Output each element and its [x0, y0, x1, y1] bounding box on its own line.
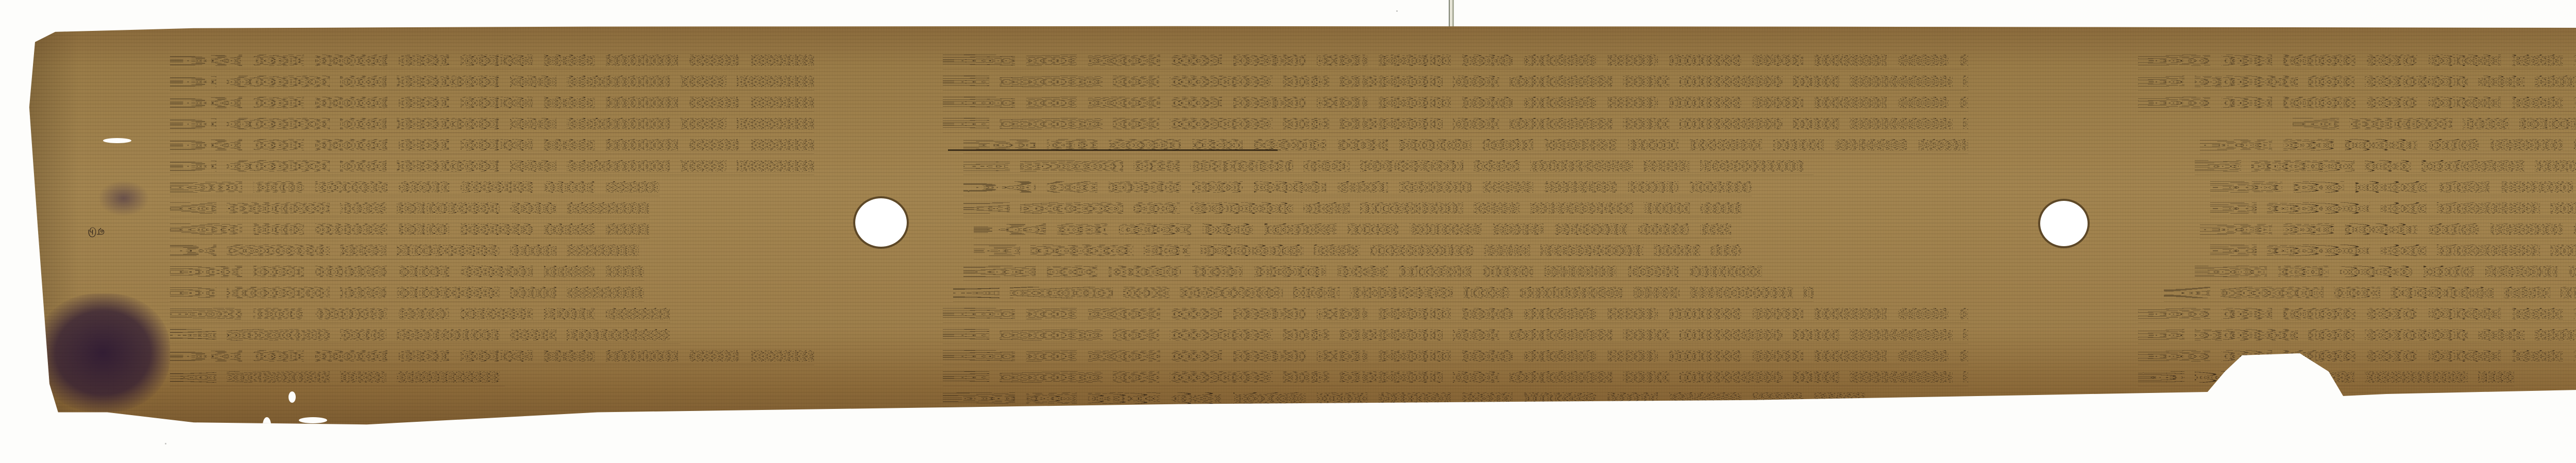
palm-leaf: ஏடு விரசதிரம் ஜெருதி ஸ்ரீ ராமநி ஊணுலைகெல… [21, 26, 2576, 433]
script-line [170, 199, 649, 217]
script-line: நிசத்ராணஞ்ஜி ஸய [170, 368, 505, 386]
script-line: ஸுயாஜ | ஹீதாணீ | ஸூரீ ஜீ யவய [943, 389, 1865, 407]
scan-speck [165, 443, 166, 444]
ink-stain-small [98, 180, 149, 216]
script-line: ருயுமவ ரவிஷயஸ [2195, 157, 2576, 175]
script-line: ஏறவெசுறாடீ ஸெனபா [943, 73, 1968, 91]
script-line: ஜுமிலஐனதுயா [943, 305, 1968, 323]
script-line: கிறவயாழைறு பிறு | வயூ [170, 136, 814, 154]
script-line: ஜூய ஷா பீ ஸொ லமா [2210, 242, 2576, 260]
script-line: ஈ ஐ ஸ்ரீவ | ஸீதெ ஸெரீ [2138, 73, 2576, 91]
script-line: தீ றாறுணீக கொரு தீ | ரசணர [170, 115, 814, 133]
script-line: யீ கு ஏழ ஸ்ரீ ஜூதி ஞா [2138, 94, 2576, 112]
script-line: ஒூஸு ஸொ ஸ்ரீ ஜெ [2200, 220, 2576, 238]
script-line: ஊிஐதயவ விஸ ஸீ | ஸீ [2164, 284, 2576, 302]
script-line [953, 284, 1814, 302]
scanner-fold-mark [1449, 0, 1454, 30]
binding-hole-left [855, 198, 907, 247]
script-line [170, 284, 644, 302]
script-line [974, 242, 1741, 260]
text-block-left: விரசதிரம் ஜெருதி ஸ்ரீ ராமநி ஊணுலைகெலா கு… [170, 52, 814, 389]
script-line: தூ ருபவ யீக்கு [170, 157, 814, 175]
script-line: ஸுஅதிரஐஸு [2200, 136, 2576, 154]
script-line: ரதுறாஷபிநீ | ய ஒஐத்ரீரு [943, 52, 1968, 70]
script-line: ஜ்ராயீதூ யு | ஏயாதீ [943, 326, 1968, 344]
text-block-center: ரதுறாஷபிநீ | ய ஒஐத்ரீரு ஏறவெசுறாடீ ஸெனபா… [943, 52, 1968, 410]
script-line: தெ . ஐய [2293, 115, 2576, 133]
script-line: மி ஐ ஸிழாவஜு [2195, 263, 2576, 281]
script-line: பூமீ ஐ ஏநா ரனி வ [943, 347, 1968, 365]
script-line: ஐ ஸய ஹ ஐ ஜராஸ [2138, 305, 2576, 323]
script-line: ர நூஸ்ணாரீ ஸூதரீரீ [943, 94, 1968, 112]
script-line: ஜைவீணாரர யீஜீ [943, 368, 1968, 386]
left-margin-note: ஏடு [88, 226, 105, 239]
ink-stain-large [36, 294, 170, 412]
script-line [170, 263, 644, 281]
worm-damage [299, 417, 327, 423]
script-line [170, 326, 680, 344]
binding-hole-right [2040, 201, 2088, 246]
script-line: ஊணுலைகெலா குகசிம [170, 73, 814, 91]
text-block-right: ஹா | ஸயவய ஹீதிஷா ஈ ஐ ஸ்ரீவ | ஸீதெ ஸெரீ ய… [2138, 52, 2576, 389]
worm-damage [103, 138, 131, 143]
script-line: வைஉூய லயமாவைஸ் [943, 115, 1968, 133]
script-line [170, 178, 659, 196]
script-line [963, 263, 1772, 281]
script-line: ஸி ஐவ ரவீஸ | ஸுத [2210, 178, 2576, 196]
worm-damage [263, 417, 271, 433]
script-line [974, 220, 1731, 238]
script-line: ஏஐஜீஜுயமயீ ஸ்ரீ [2138, 326, 2576, 344]
script-line [2138, 368, 2514, 386]
script-line: விரசதிரம் ஜெருதி ஸ்ரீ ராமநி [170, 52, 814, 70]
script-line: ஸிசூ ணா | ஹஹீமீ | வய [963, 157, 1814, 175]
script-line: ணை ரநிஷி | யாடிழிறி ரஙு [170, 94, 814, 112]
script-line: ஸுஹாமனவயாத [2210, 199, 2576, 217]
script-line [170, 305, 670, 323]
script-line [170, 220, 649, 238]
worm-damage [289, 391, 296, 403]
script-line [963, 199, 1741, 217]
script-line [170, 242, 639, 260]
script-line: ஹுஜூ ஸூ ஸ ஸுஸீணா [2138, 347, 2576, 365]
script-line [963, 178, 1752, 196]
script-line [170, 347, 814, 365]
scan-speck [1396, 10, 1398, 12]
script-line: தாரா | ஏ இ தரணா ஷெசூ [963, 136, 1968, 154]
script-line: ஹா | ஸயவய ஹீதிஷா [2138, 52, 2576, 70]
